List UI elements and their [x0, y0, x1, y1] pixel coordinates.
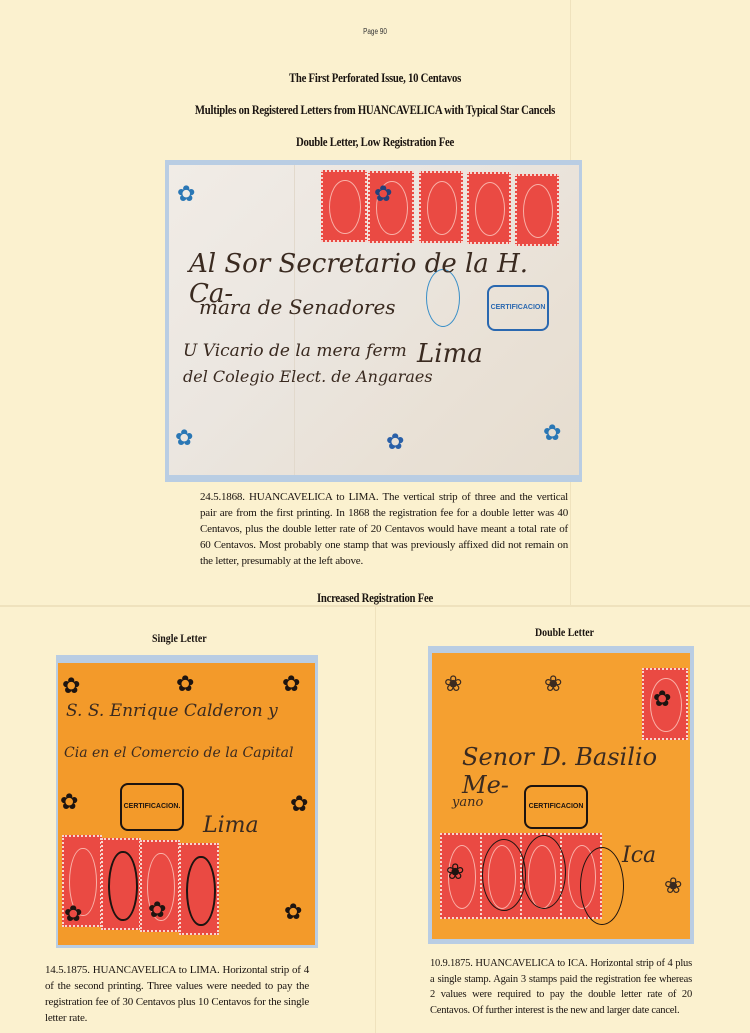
stamp — [101, 838, 141, 930]
page-title: The First Perforated Issue, 10 Centavos — [53, 71, 698, 86]
star-cancel-icon: ❀ — [446, 861, 464, 883]
date-cancel — [580, 847, 624, 925]
star-cancel-icon: ✿ — [386, 431, 404, 453]
address-line: yano — [452, 795, 483, 810]
sheet-seam — [375, 607, 376, 1033]
caption-1868: 24.5.1868. HUANCAVELICA to LIMA. The ver… — [200, 489, 568, 569]
cover-1868-lima: ✿ ✿ ✿ ✿ ✿ CERTIFICACION Al Sor Secretari… — [169, 165, 579, 475]
label-single-letter: Single Letter — [152, 633, 207, 645]
star-cancel-icon: ✿ — [177, 183, 195, 205]
star-cancel-icon: ❀ — [664, 875, 682, 897]
star-cancel-icon: ✿ — [290, 793, 308, 815]
address-line: Lima — [203, 813, 259, 838]
registration-stamp: CERTIFICACION. — [120, 783, 184, 831]
cover-1875-ica: ✿ ❀ ❀ ❀ Senor D. Basilio Me- yano Ica CE… — [432, 653, 690, 939]
caption-1875-ica: 10.9.1875. HUANCAVELICA to ICA. Horizont… — [430, 956, 692, 1018]
star-cancel-icon: ✿ — [64, 903, 82, 925]
address-line: mara de Senadores — [199, 295, 396, 319]
address-line: Cia en el Comercio de la Capital — [64, 745, 293, 761]
fold-line — [294, 165, 295, 475]
stamp — [515, 174, 559, 246]
star-cancel-icon: ✿ — [175, 427, 193, 449]
star-cancel-icon: ✿ — [60, 791, 78, 813]
cover-1875-lima: ✿ ✿ ✿ ✿ ✿ ✿ S. S. Enrique Calderon y Cia… — [58, 663, 315, 945]
date-cancel — [522, 835, 566, 909]
date-cancel — [482, 839, 526, 911]
stamp — [179, 843, 219, 935]
address-line: U Vicario de la mera ferm — [183, 341, 407, 361]
stamp — [321, 170, 367, 242]
stamp — [467, 172, 511, 244]
address-line: S. S. Enrique Calderon y — [66, 701, 278, 721]
star-cancel-icon: ✿ — [282, 673, 300, 695]
address-line: del Colegio Elect. de Angaraes — [183, 367, 433, 386]
star-cancel-icon: ✿ — [543, 422, 561, 444]
page-number: Page 90 — [75, 27, 675, 36]
star-cancel-icon: ✿ — [653, 688, 671, 710]
star-cancel-icon: ✿ — [374, 183, 392, 205]
section-heading-increased-fee: Increased Registration Fee — [53, 591, 698, 606]
caption-1875-lima: 14.5.1875. HUANCAVELICA to LIMA. Horizon… — [45, 962, 309, 1026]
address-line: Ica — [622, 843, 656, 868]
star-cancel-icon: ✿ — [62, 675, 80, 697]
star-cancel-icon: ❀ — [544, 673, 562, 695]
star-cancel-icon: ✿ — [176, 673, 194, 695]
star-cancel-icon: ✿ — [284, 901, 302, 923]
star-cancel-icon: ✿ — [148, 899, 166, 921]
registration-stamp: CERTIFICACION — [524, 785, 588, 829]
stamp — [419, 171, 463, 243]
star-cancel-icon: ❀ — [444, 673, 462, 695]
page-subtitle: Multiples on Registered Letters from HUA… — [53, 103, 698, 118]
label-double-letter: Double Letter — [535, 627, 594, 639]
address-line: Lima — [417, 339, 483, 369]
section-heading-low-fee: Double Letter, Low Registration Fee — [53, 135, 698, 150]
